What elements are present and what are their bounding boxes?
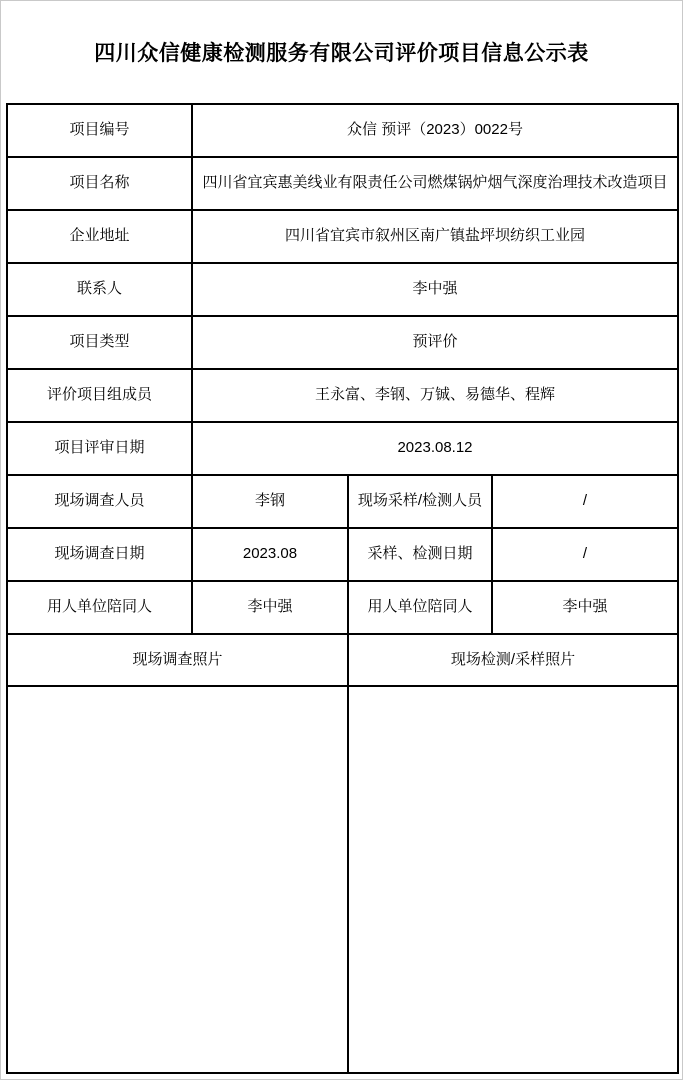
photo-header-row: 现场调查照片 现场检测/采样照片 — [7, 634, 678, 686]
row-label: 项目评审日期 — [7, 422, 192, 475]
row-value: 李中强 — [492, 581, 678, 634]
photo-cell-survey — [7, 686, 348, 1073]
table-row-employer-companion: 用人单位陪同人 李中强 用人单位陪同人 李中强 — [7, 581, 678, 634]
row-label: 用人单位陪同人 — [348, 581, 492, 634]
row-value: 预评价 — [192, 316, 678, 369]
row-value: 李中强 — [192, 581, 348, 634]
row-value: 李中强 — [192, 263, 678, 316]
row-label: 评价项目组成员 — [7, 369, 192, 422]
table-row-contact-person: 联系人 李中强 — [7, 263, 678, 316]
table-row-company-address: 企业地址 四川省宜宾市叙州区南广镇盐坪坝纺织工业园 — [7, 210, 678, 263]
row-value: 2023.08.12 — [192, 422, 678, 475]
row-value: 四川省宜宾惠美线业有限责任公司燃煤锅炉烟气深度治理技术改造项目 — [192, 157, 678, 210]
table-row-site-survey-personnel: 现场调查人员 李钢 现场采样/检测人员 / — [7, 475, 678, 528]
document-page: 四川众信健康检测服务有限公司评价项目信息公示表 项目编号 众信 预评（2023）… — [0, 0, 683, 1080]
row-label: 采样、检测日期 — [348, 528, 492, 581]
table-row-project-type: 项目类型 预评价 — [7, 316, 678, 369]
table-row-site-survey-date: 现场调查日期 2023.08 采样、检测日期 / — [7, 528, 678, 581]
row-label: 项目名称 — [7, 157, 192, 210]
row-label: 现场调查人员 — [7, 475, 192, 528]
row-label: 项目类型 — [7, 316, 192, 369]
row-value: 王永富、李钢、万铖、易德华、程辉 — [192, 369, 678, 422]
photo-header-survey: 现场调查照片 — [7, 634, 348, 686]
table-row-project-number: 项目编号 众信 预评（2023）0022号 — [7, 104, 678, 157]
row-label: 现场采样/检测人员 — [348, 475, 492, 528]
table-row-project-name: 项目名称 四川省宜宾惠美线业有限责任公司燃煤锅炉烟气深度治理技术改造项目 — [7, 157, 678, 210]
table-row-review-date: 项目评审日期 2023.08.12 — [7, 422, 678, 475]
row-label: 企业地址 — [7, 210, 192, 263]
row-value: 2023.08 — [192, 528, 348, 581]
row-value: / — [492, 528, 678, 581]
row-value: 李钢 — [192, 475, 348, 528]
table-row-evaluation-team: 评价项目组成员 王永富、李钢、万铖、易德华、程辉 — [7, 369, 678, 422]
row-label: 现场调查日期 — [7, 528, 192, 581]
page-title: 四川众信健康检测服务有限公司评价项目信息公示表 — [1, 1, 682, 103]
row-label: 联系人 — [7, 263, 192, 316]
photo-area-row — [7, 686, 678, 1073]
row-label: 用人单位陪同人 — [7, 581, 192, 634]
row-value: 四川省宜宾市叙州区南广镇盐坪坝纺织工业园 — [192, 210, 678, 263]
row-label: 项目编号 — [7, 104, 192, 157]
project-info-table: 项目编号 众信 预评（2023）0022号 项目名称 四川省宜宾惠美线业有限责任… — [6, 103, 679, 1074]
row-value: / — [492, 475, 678, 528]
row-value: 众信 预评（2023）0022号 — [192, 104, 678, 157]
photo-header-sampling: 现场检测/采样照片 — [348, 634, 678, 686]
photo-cell-sampling — [348, 686, 678, 1073]
